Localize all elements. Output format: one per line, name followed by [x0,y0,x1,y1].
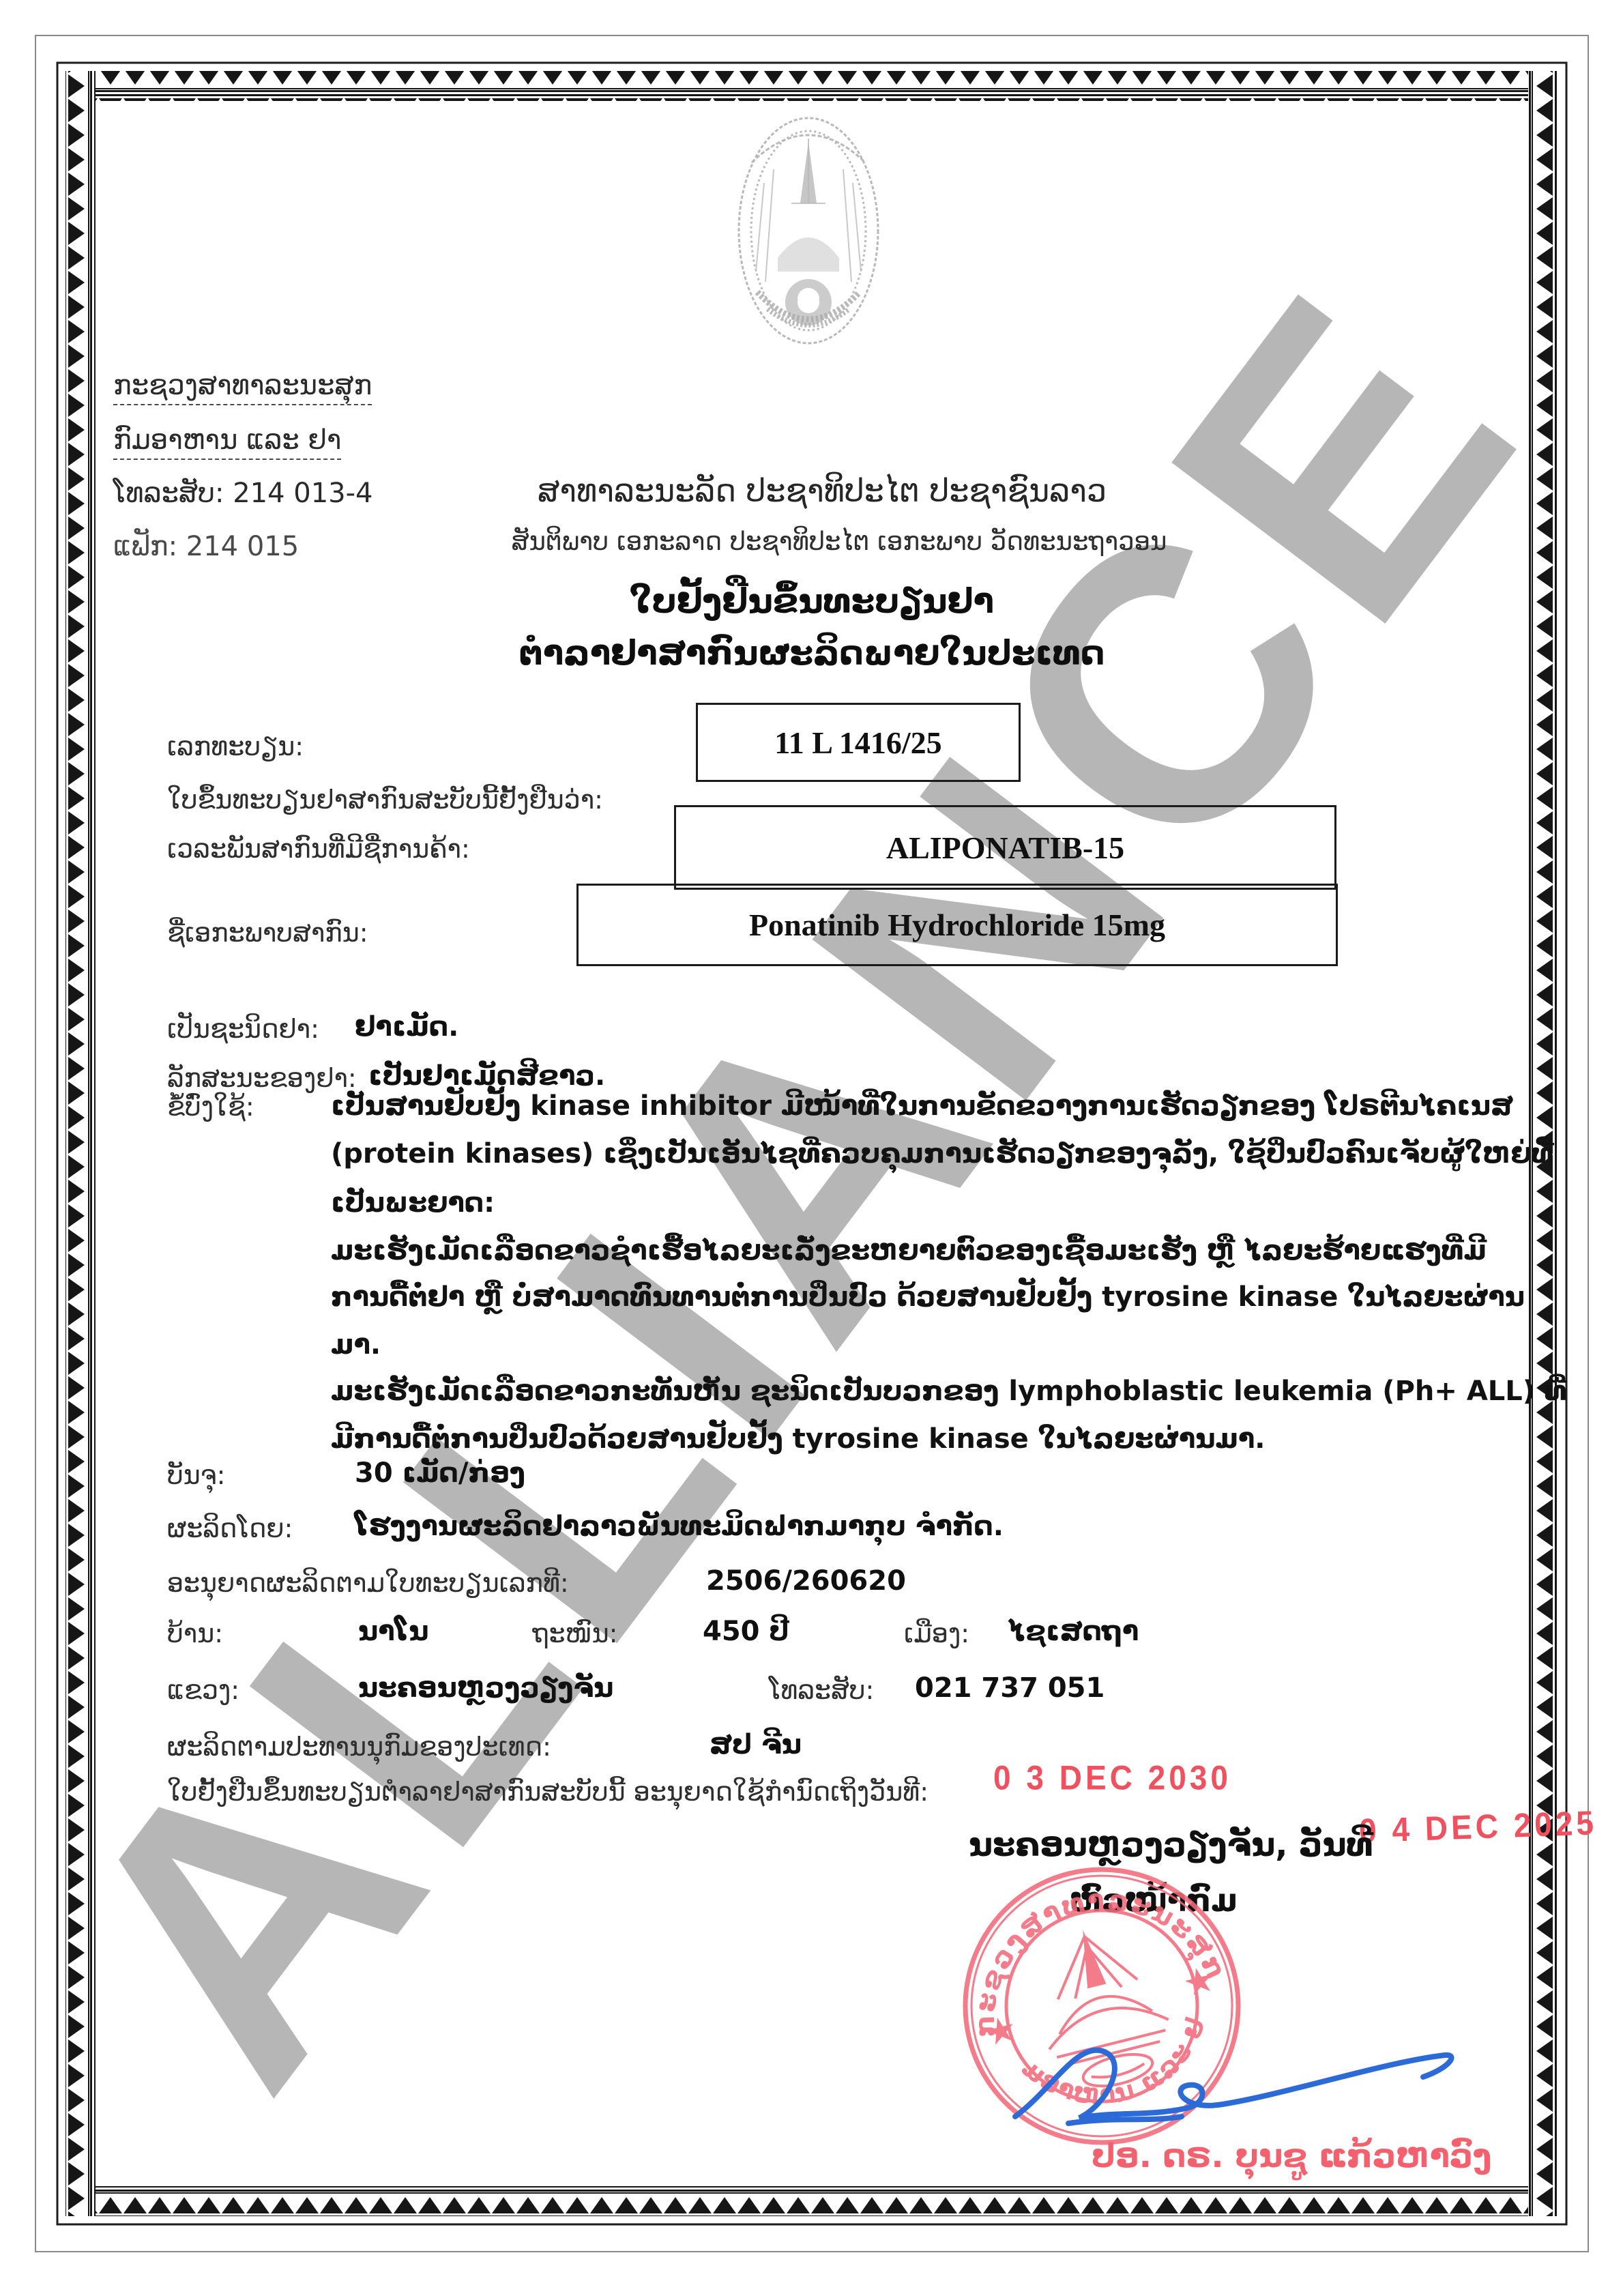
province-label: ແຂວງ: [167,1675,239,1705]
indications-line: ເປັນສານຢັບຢັ້ງ kinase inhibitor ມີໜ້າທີ່… [331,1090,1513,1122]
trade-name-value: ALIPONATIB-15 [886,830,1124,866]
province-value: ນະຄອນຫຼວງວຽງຈັນ [358,1672,613,1704]
indications-line: ມະເຮັງເມັດເລືອດຂາວຊຳເຮື້ອໄລຍະເລັ່ງຂະຫຍາຍ… [331,1235,1487,1266]
signer-name: ປອ. ດຣ. ບຸນຊູ ແກ້ວຫາວົງ [1092,2137,1491,2175]
generic-name-box: Ponatinib Hydrochloride 15mg [576,884,1338,966]
generic-name-label: ຊື່ເອກະພາບສາກົນ: [167,918,368,948]
reg-no-value: 11 L 1416/25 [774,725,941,761]
appearance-label: ລັກສະນະຂອງຢາ: [167,1063,357,1093]
country-header-line1: ສາທາລະນະລັດ ປະຊາທິປະໄຕ ປະຊາຊົນລາວ [481,472,1163,509]
validity-label: ໃບຢັ້ງຢືນຂຶ້ນທະບຽນຕຳລາຢາສາກົນສະບັບນີ້ ອະ… [167,1777,929,1807]
license-label: ອະນຸຍາດຜະລິດຕາມໃບທະບຽນເລກທີ: [167,1568,569,1598]
manufacturer-label: ຜະລິດໂດຍ: [167,1513,293,1543]
scanned-certificate-page: { "watermark": { "text": "ALLIANCE", "co… [0,0,1623,2296]
street-value: 450 ປີ [703,1616,789,1647]
agency-fax: ແຟັກ: 214 015 [113,531,299,562]
indications-line: ມະເຮັງເມັດເລືອດຂາວກະທັນຫັນ ຊະນິດເປັນບວກຂ… [331,1376,1567,1407]
pharmacopoeia-value: ສປ ຈີນ [710,1729,802,1760]
street-label: ຖະໜົນ: [532,1618,617,1648]
indications-label: ຂໍ້ບົ່ງໃຊ້: [167,1092,254,1122]
district-label: ເມືອງ: [904,1618,969,1648]
expiry-date-stamp: 0 3 DEC 2030 [993,1758,1231,1797]
license-value: 2506/260620 [706,1565,906,1597]
dosage-form-label: ເປັນຊະນິດຢາ: [167,1014,319,1044]
pack-label: ບັນຈຸ: [167,1460,225,1490]
agency-phone: ໂທລະສັບ: 214 013-4 [113,478,373,509]
reg-no-label: ເລກທະບຽນ: [167,731,304,761]
appearance-value: ເປັນຢາເມັດສີຂາວ. [368,1060,605,1092]
issue-date-stamp: 0 4 DEC 2025 [1358,1803,1598,1850]
department-name: ກົມອາຫານ ແລະ ຢາ [113,424,341,460]
pack-value: 30 ເມັດ/ກ່ອງ [355,1457,525,1489]
lao-national-emblem [716,101,901,367]
manufacturer-value: ໂຮງງານຜະລິດຢາລາວພັນທະມິດຟາກມາກຸບ ຈຳກັດ. [355,1511,1004,1542]
trade-name-label: ເວລະພັນສາກົນທີ່ມີຊື່ການຄ້າ: [167,834,470,864]
indications-line: ມາ. [331,1329,381,1361]
tel-value: 021 737 051 [915,1672,1105,1704]
trade-name-box: ALIPONATIB-15 [674,805,1336,890]
indications-line: ເປັນພະຍາດ: [331,1187,495,1219]
certifies-label: ໃບຂຶ້ນທະບຽນຢາສາກົນສະບັບນີ້ຢັ້ງຢືນວ່າ: [167,785,603,815]
generic-name-value: Ponatinib Hydrochloride 15mg [749,907,1165,943]
certificate-title-line2: ຕຳລາຢາສາກົນຜະລິດພາຍໃນປະເທດ [471,633,1153,673]
indications-line: (protein kinases) ເຊິ່ງເປັນເອັນໄຊທີ່ຄວບຄ… [331,1138,1554,1169]
village-label: ບ້ານ: [167,1618,223,1648]
dosage-form-value: ຢາເມັດ. [355,1011,458,1043]
pharmacopoeia-label: ຜະລິດຕາມປະທານນຸກົມຂອງປະເທດ: [167,1732,551,1762]
ministry-name: ກະຊວງສາທາລະນະສຸກ [113,370,372,405]
reg-no-box: 11 L 1416/25 [696,703,1021,782]
tel-label: ໂທລະສັບ: [769,1675,874,1705]
certificate-title-line1: ໃບຢັ້ງຢືນຂຶ້ນທະບຽນຢາ [471,581,1153,621]
indications-line: ມີການດື້ຕໍ່ການປິ່ນປົວດ້ວຍສານຢັບຢັ້ງ tyro… [331,1423,1266,1455]
indications-line: ການດື້ຕໍ່ຢາ ຫຼື ບໍ່ສາມາດທົນທານຕໍ່ການປິ່ນ… [331,1281,1525,1313]
signature [1003,2014,1467,2144]
district-value: ໄຊເສດຖາ [1008,1616,1139,1647]
country-header-line2: ສັນຕິພາບ ເອກະລາດ ປະຊາທິປະໄຕ ເອກະພາບ ວັດທ… [430,527,1248,556]
village-value: ນາໂນ [358,1616,428,1647]
